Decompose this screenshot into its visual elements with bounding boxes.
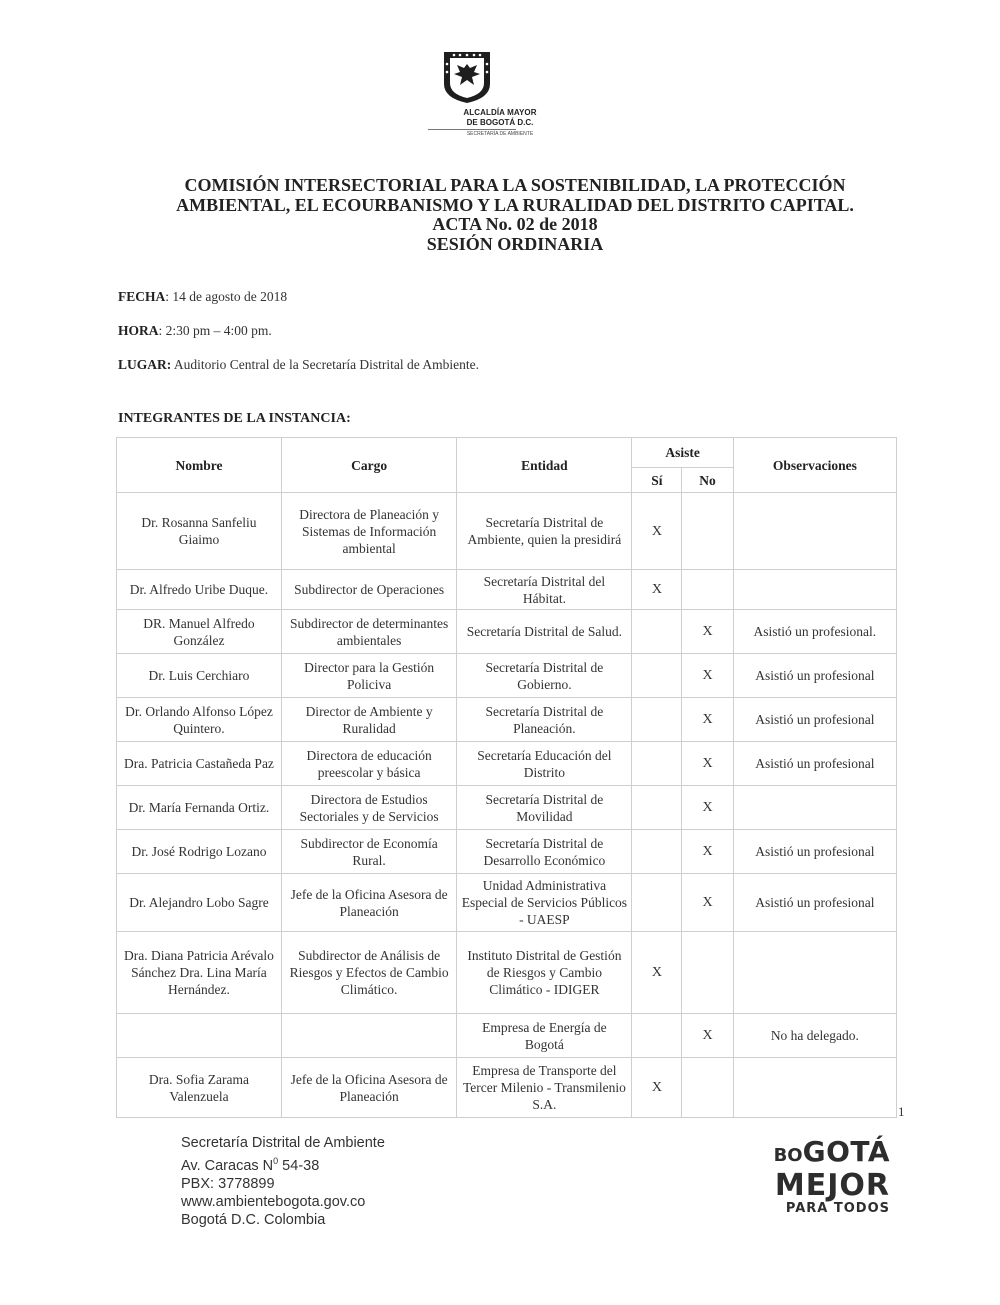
cell-entidad: Empresa de Transporte del Tercer Milenio… xyxy=(457,1058,632,1118)
table-row: Dr. Alejandro Lobo SagreJefe de la Ofici… xyxy=(117,874,897,932)
cell-nombre: Dra. Sofia Zarama Valenzuela xyxy=(117,1058,282,1118)
cell-cargo: Directora de educación preescolar y bási… xyxy=(281,742,456,786)
cell-nombre: Dr. María Fernanda Ortiz. xyxy=(117,786,282,830)
cell-entidad: Secretaría Distrital de Planeación. xyxy=(457,698,632,742)
cell-entidad: Unidad Administrativa Especial de Servic… xyxy=(457,874,632,932)
cell-si xyxy=(632,786,682,830)
cell-observaciones xyxy=(733,570,896,610)
cell-no: X xyxy=(682,654,733,698)
cell-observaciones xyxy=(733,932,896,1014)
cell-entidad: Instituto Distrital de Gestión de Riesgo… xyxy=(457,932,632,1014)
fecha-value: : 14 de agosto de 2018 xyxy=(165,289,287,304)
cell-si xyxy=(632,1014,682,1058)
meta-fecha: FECHA: 14 de agosto de 2018 xyxy=(118,289,287,305)
section-heading: INTEGRANTES DE LA INSTANCIA: xyxy=(118,411,351,427)
cell-no: X xyxy=(682,874,733,932)
brand-line3: PARA TODOS xyxy=(750,1201,890,1217)
cell-no: X xyxy=(682,742,733,786)
cell-observaciones: Asistió un profesional xyxy=(733,742,896,786)
cell-observaciones: Asistió un profesional. xyxy=(733,610,896,654)
cell-cargo: Subdirector de Operaciones xyxy=(281,570,456,610)
cell-nombre: Dr. Alejandro Lobo Sagre xyxy=(117,874,282,932)
cell-observaciones xyxy=(733,786,896,830)
cell-nombre: Dr. Luis Cerchiaro xyxy=(117,654,282,698)
org-divider xyxy=(428,129,516,130)
cell-entidad: Secretaría Educación del Distrito xyxy=(457,742,632,786)
cell-si: X xyxy=(632,570,682,610)
footer-website[interactable]: www.ambientebogota.gov.co xyxy=(181,1193,385,1211)
bogota-coat-of-arms-icon xyxy=(441,50,493,104)
org-secretariat: SECRETARÍA DE AMBIENTE xyxy=(400,131,600,137)
table-row: Dra. Patricia Castañeda PazDirectora de … xyxy=(117,742,897,786)
table-row: Dr. José Rodrigo LozanoSubdirector de Ec… xyxy=(117,830,897,874)
cell-observaciones xyxy=(733,493,896,570)
cell-nombre: Dr. Rosanna Sanfeliu Giaimo xyxy=(117,493,282,570)
street-number: 54-38 xyxy=(278,1158,319,1174)
header-entidad: Entidad xyxy=(457,438,632,493)
cell-entidad: Empresa de Energía de Bogotá xyxy=(457,1014,632,1058)
cell-entidad: Secretaría Distrital de Salud. xyxy=(457,610,632,654)
cell-observaciones: No ha delegado. xyxy=(733,1014,896,1058)
cell-nombre xyxy=(117,1014,282,1058)
cell-si xyxy=(632,654,682,698)
footer-street: Av. Caracas N0 54-38 xyxy=(181,1152,385,1175)
table-row: Dr. Rosanna Sanfeliu GiaimoDirectora de … xyxy=(117,493,897,570)
footer-entity: Secretaría Distrital de Ambiente xyxy=(181,1134,385,1152)
cell-no xyxy=(682,1058,733,1118)
cell-cargo xyxy=(281,1014,456,1058)
cell-observaciones: Asistió un profesional xyxy=(733,874,896,932)
brand-small: BO xyxy=(774,1145,803,1166)
table-row: DR. Manuel Alfredo GonzálezSubdirector d… xyxy=(117,610,897,654)
bogota-mejor-logo: BOGOTÁ MEJOR PARA TODOS xyxy=(750,1137,890,1217)
page-number: 1 xyxy=(898,1104,905,1120)
street-text: Av. Caracas N xyxy=(181,1158,273,1174)
hora-value: : 2:30 pm – 4:00 pm. xyxy=(159,323,272,338)
cell-no: X xyxy=(682,830,733,874)
cell-entidad: Secretaría Distrital de Desarrollo Econó… xyxy=(457,830,632,874)
fecha-label: FECHA xyxy=(118,289,165,304)
cell-cargo: Subdirector de Economía Rural. xyxy=(281,830,456,874)
cell-entidad: Secretaría Distrital de Movilidad xyxy=(457,786,632,830)
cell-si xyxy=(632,698,682,742)
org-name-line1: ALCALDÍA MAYOR xyxy=(400,108,600,117)
brand-line2: MEJOR xyxy=(750,1171,890,1201)
table-row: Dra. Sofia Zarama ValenzuelaJefe de la O… xyxy=(117,1058,897,1118)
members-table: Nombre Cargo Entidad Asiste Observacione… xyxy=(116,437,897,1118)
hora-label: HORA xyxy=(118,323,159,338)
title-line-3: ACTA No. 02 de 2018 xyxy=(100,215,930,235)
header-asiste: Asiste xyxy=(632,438,733,468)
table-row: Dr. Luis CerchiaroDirector para la Gesti… xyxy=(117,654,897,698)
cell-cargo: Jefe de la Oficina Asesora de Planeación xyxy=(281,1058,456,1118)
cell-nombre: Dra. Diana Patricia Arévalo Sánchez Dra.… xyxy=(117,932,282,1014)
brand-big: GOTÁ xyxy=(803,1135,890,1168)
cell-si: X xyxy=(632,1058,682,1118)
footer-address: Secretaría Distrital de Ambiente Av. Car… xyxy=(181,1134,385,1229)
header-nombre: Nombre xyxy=(117,438,282,493)
cell-nombre: Dr. José Rodrigo Lozano xyxy=(117,830,282,874)
cell-cargo: Jefe de la Oficina Asesora de Planeación xyxy=(281,874,456,932)
footer-phone: PBX: 3778899 xyxy=(181,1175,385,1193)
cell-si xyxy=(632,610,682,654)
table-row: Empresa de Energía de BogotáXNo ha deleg… xyxy=(117,1014,897,1058)
title-line-4: SESIÓN ORDINARIA xyxy=(100,235,930,255)
title-line-1: COMISIÓN INTERSECTORIAL PARA LA SOSTENIB… xyxy=(100,176,930,196)
cell-cargo: Subdirector de determinantes ambientales xyxy=(281,610,456,654)
footer-city: Bogotá D.C. Colombia xyxy=(181,1211,385,1229)
cell-no: X xyxy=(682,610,733,654)
cell-entidad: Secretaría Distrital de Ambiente, quien … xyxy=(457,493,632,570)
cell-cargo: Directora de Planeación y Sistemas de In… xyxy=(281,493,456,570)
header-no: No xyxy=(682,468,733,493)
cell-nombre: DR. Manuel Alfredo González xyxy=(117,610,282,654)
cell-no: X xyxy=(682,786,733,830)
lugar-value: Auditorio Central de la Secretaría Distr… xyxy=(171,357,479,372)
members-table-body: Dr. Rosanna Sanfeliu GiaimoDirectora de … xyxy=(117,493,897,1118)
title-line-2: AMBIENTAL, EL ECOURBANISMO Y LA RURALIDA… xyxy=(100,196,930,216)
cell-nombre: Dr. Orlando Alfonso López Quintero. xyxy=(117,698,282,742)
cell-si xyxy=(632,742,682,786)
cell-no xyxy=(682,932,733,1014)
table-row: Dra. Diana Patricia Arévalo Sánchez Dra.… xyxy=(117,932,897,1014)
cell-nombre: Dra. Patricia Castañeda Paz xyxy=(117,742,282,786)
cell-cargo: Directora de Estudios Sectoriales y de S… xyxy=(281,786,456,830)
cell-observaciones: Asistió un profesional xyxy=(733,830,896,874)
meta-hora: HORA: 2:30 pm – 4:00 pm. xyxy=(118,323,272,339)
cell-cargo: Subdirector de Análisis de Riesgos y Efe… xyxy=(281,932,456,1014)
cell-entidad: Secretaría Distrital de Gobierno. xyxy=(457,654,632,698)
cell-observaciones: Asistió un profesional xyxy=(733,654,896,698)
header-si: Sí xyxy=(632,468,682,493)
cell-cargo: Director para la Gestión Policiva xyxy=(281,654,456,698)
cell-si: X xyxy=(632,493,682,570)
cell-no xyxy=(682,570,733,610)
cell-si: X xyxy=(632,932,682,1014)
cell-no: X xyxy=(682,1014,733,1058)
lugar-label: LUGAR: xyxy=(118,357,171,372)
cell-si xyxy=(632,830,682,874)
header-observaciones: Observaciones xyxy=(733,438,896,493)
header-cargo: Cargo xyxy=(281,438,456,493)
cell-entidad: Secretaría Distrital del Hábitat. xyxy=(457,570,632,610)
cell-nombre: Dr. Alfredo Uribe Duque. xyxy=(117,570,282,610)
cell-no: X xyxy=(682,698,733,742)
cell-observaciones xyxy=(733,1058,896,1118)
table-row: Dr. María Fernanda Ortiz.Directora de Es… xyxy=(117,786,897,830)
cell-cargo: Director de Ambiente y Ruralidad xyxy=(281,698,456,742)
table-row: Dr. Orlando Alfonso López Quintero.Direc… xyxy=(117,698,897,742)
document-title: COMISIÓN INTERSECTORIAL PARA LA SOSTENIB… xyxy=(100,176,930,254)
brand-line1: BOGOTÁ xyxy=(750,1137,890,1171)
meta-lugar: LUGAR: Auditorio Central de la Secretarí… xyxy=(118,357,479,373)
cell-observaciones: Asistió un profesional xyxy=(733,698,896,742)
cell-si xyxy=(632,874,682,932)
table-row: Dr. Alfredo Uribe Duque.Subdirector de O… xyxy=(117,570,897,610)
org-name-line2: DE BOGOTÁ D.C. xyxy=(400,118,600,127)
cell-no xyxy=(682,493,733,570)
